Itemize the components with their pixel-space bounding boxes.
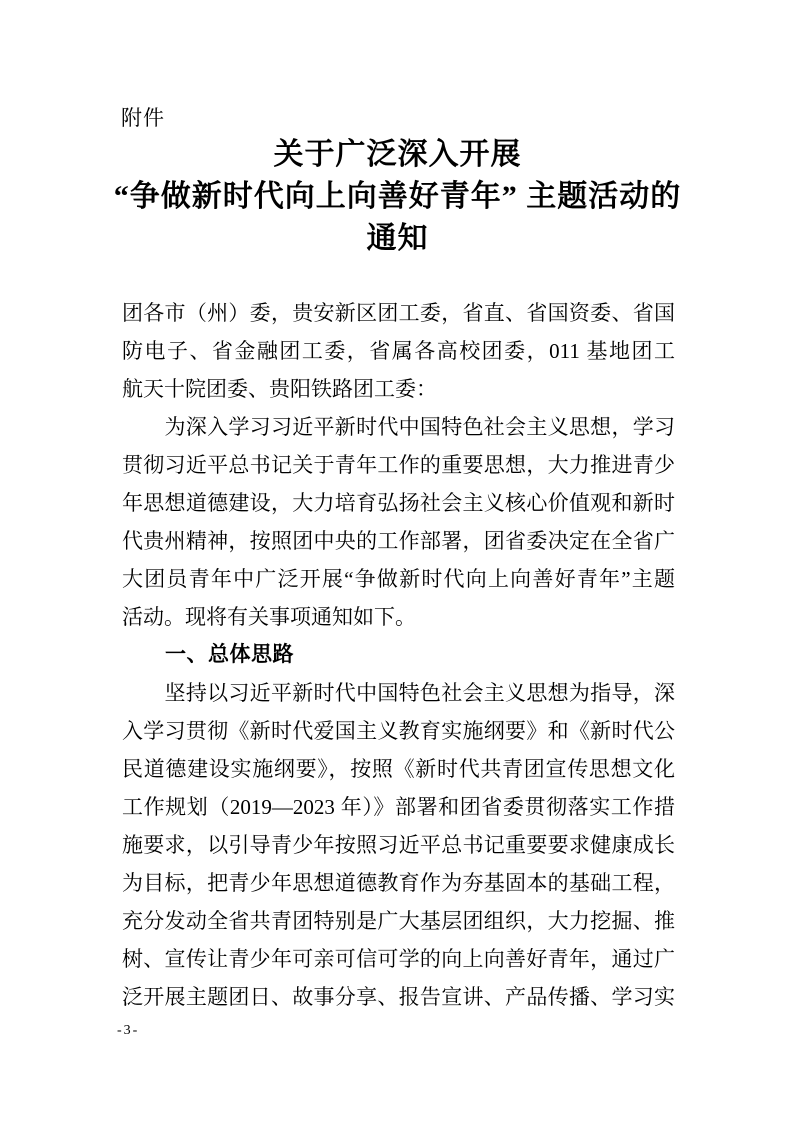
title-line-1: 关于广泛深入开展 <box>110 134 685 176</box>
title-line-2: “争做新时代向上向善好青年” 主题活动的 <box>110 176 685 218</box>
text-line: 为目标，把青少年思想道德教育作为夯基固本的基础工程， <box>122 864 675 902</box>
text-line: 施要求，以引导青少年按照习近平总书记重要要求健康成长 <box>122 826 675 864</box>
page-number: -3- <box>117 1022 139 1040</box>
text-line: 大团员青年中广泛开展“争做新时代向上向善好青年”主题 <box>122 560 675 598</box>
document-title: 关于广泛深入开展 “争做新时代向上向善好青年” 主题活动的 通知 <box>110 134 685 260</box>
text-line: 代贵州精神，按照团中央的工作部署，团省委决定在全省广 <box>122 522 675 560</box>
document-page: 附件 关于广泛深入开展 “争做新时代向上向善好青年” 主题活动的 通知 团各市（… <box>0 0 793 1122</box>
text-line: 防电子、省金融团工委，省属各高校团委，011 基地团工委、 <box>122 332 675 370</box>
title-line-3: 通知 <box>110 218 685 260</box>
text-line: 民道德建设实施纲要》，按照《新时代共青团宣传思想文化 <box>122 750 675 788</box>
text-line: 团各市（州）委，贵安新区团工委，省直、省国资委、省国 <box>122 294 675 332</box>
text-line: 活动。现将有关事项通知如下。 <box>122 598 675 636</box>
text-line: 坚持以习近平新时代中国特色社会主义思想为指导，深 <box>122 674 675 712</box>
text-line: 年思想道德建设，大力培育弘扬社会主义核心价值观和新时 <box>122 484 675 522</box>
text-line: 泛开展主题团日、故事分享、报告宣讲、产品传播、学习实 <box>122 978 675 1016</box>
text-line: 为深入学习习近平新时代中国特色社会主义思想，学习 <box>122 408 675 446</box>
document-body: 团各市（州）委，贵安新区团工委，省直、省国资委、省国防电子、省金融团工委，省属各… <box>122 294 675 1016</box>
text-line: 贯彻习近平总书记关于青年工作的重要思想，大力推进青少 <box>122 446 675 484</box>
text-line: 树、宣传让青少年可亲可信可学的向上向善好青年，通过广 <box>122 940 675 978</box>
attachment-label: 附件 <box>121 105 165 131</box>
text-line: 工作规划（2019—2023 年）》部署和团省委贯彻落实工作措 <box>122 788 675 826</box>
section-heading: 一、总体思路 <box>122 636 675 674</box>
text-line: 航天十院团委、贵阳铁路团工委： <box>122 370 675 408</box>
text-line: 入学习贯彻《新时代爱国主义教育实施纲要》和《新时代公 <box>122 712 675 750</box>
text-line: 充分发动全省共青团特别是广大基层团组织，大力挖掘、推 <box>122 902 675 940</box>
